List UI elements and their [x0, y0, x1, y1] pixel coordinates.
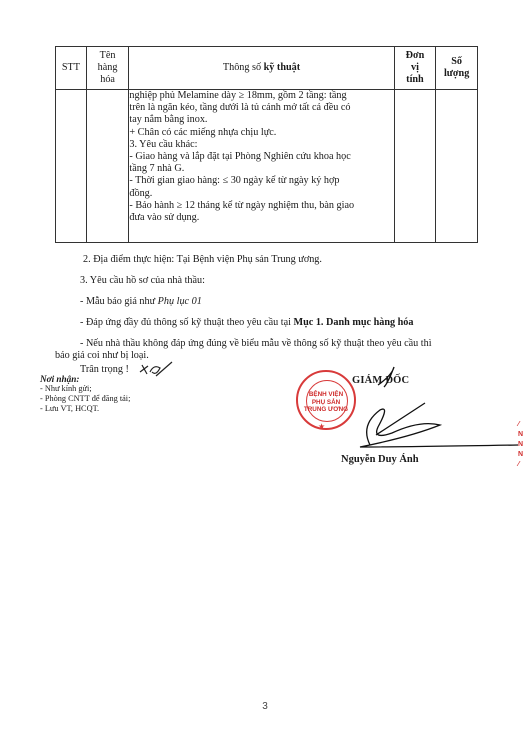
header-unit: Đơn vị tính	[394, 47, 436, 90]
recipient-item: - Lưu VT, HCQT.	[40, 404, 130, 414]
header-quantity: Số lượng	[436, 47, 478, 90]
page-number: 3	[0, 701, 530, 712]
spec-table: STT Tên hàng hóa Thông số kỹ thuật Đơn v…	[55, 46, 478, 243]
header-item-name: Tên hàng hóa	[86, 47, 129, 90]
cell-stt	[56, 90, 87, 243]
header-specs: Thông số kỹ thuật	[129, 47, 394, 90]
location-paragraph: 2. Địa điểm thực hiện: Tại Bệnh viện Phụ…	[83, 254, 322, 266]
director-signature-icon	[330, 365, 520, 450]
table-header-row: STT Tên hàng hóa Thông số kỹ thuật Đơn v…	[56, 47, 478, 90]
initials-signature-icon	[138, 360, 188, 382]
reject-paragraph-line1: - Nếu nhà thầu không đáp ứng đúng về biể…	[80, 338, 432, 350]
cell-unit	[394, 90, 436, 243]
recipient-item: - Phòng CNTT để đăng tải;	[40, 394, 130, 404]
stamp-star-icon: ★	[318, 422, 325, 431]
document-page: STT Tên hàng hóa Thông số kỹ thuật Đơn v…	[0, 0, 530, 749]
recipient-item: - Như kính gửi;	[40, 384, 130, 394]
table-row: nghiệp phủ Melamine dày ≥ 18mm, gồm 2 tầ…	[56, 90, 478, 243]
requirements-heading: 3. Yêu cầu hồ sơ của nhà thầu:	[80, 275, 205, 287]
signer-name: Nguyễn Duy Ánh	[341, 454, 419, 465]
recipients-heading: Nơi nhận:	[40, 374, 130, 384]
meet-specs-paragraph: - Đáp ứng đầy đủ thông số kỹ thuật theo …	[80, 317, 414, 329]
recipients-block: Nơi nhận: - Như kính gửi; - Phòng CNTT đ…	[40, 374, 130, 414]
cell-item-name	[86, 90, 129, 243]
cell-specs: nghiệp phủ Melamine dày ≥ 18mm, gồm 2 tầ…	[129, 90, 394, 243]
quote-form-paragraph: - Mẫu báo giá như Phụ lục 01	[80, 296, 202, 308]
header-stt: STT	[56, 47, 87, 90]
edge-stamp-fragment: ⁄ N N N ⁄	[518, 420, 523, 470]
cell-quantity	[436, 90, 478, 243]
reject-paragraph-line2: báo giá coi như bị loại.	[55, 350, 149, 362]
